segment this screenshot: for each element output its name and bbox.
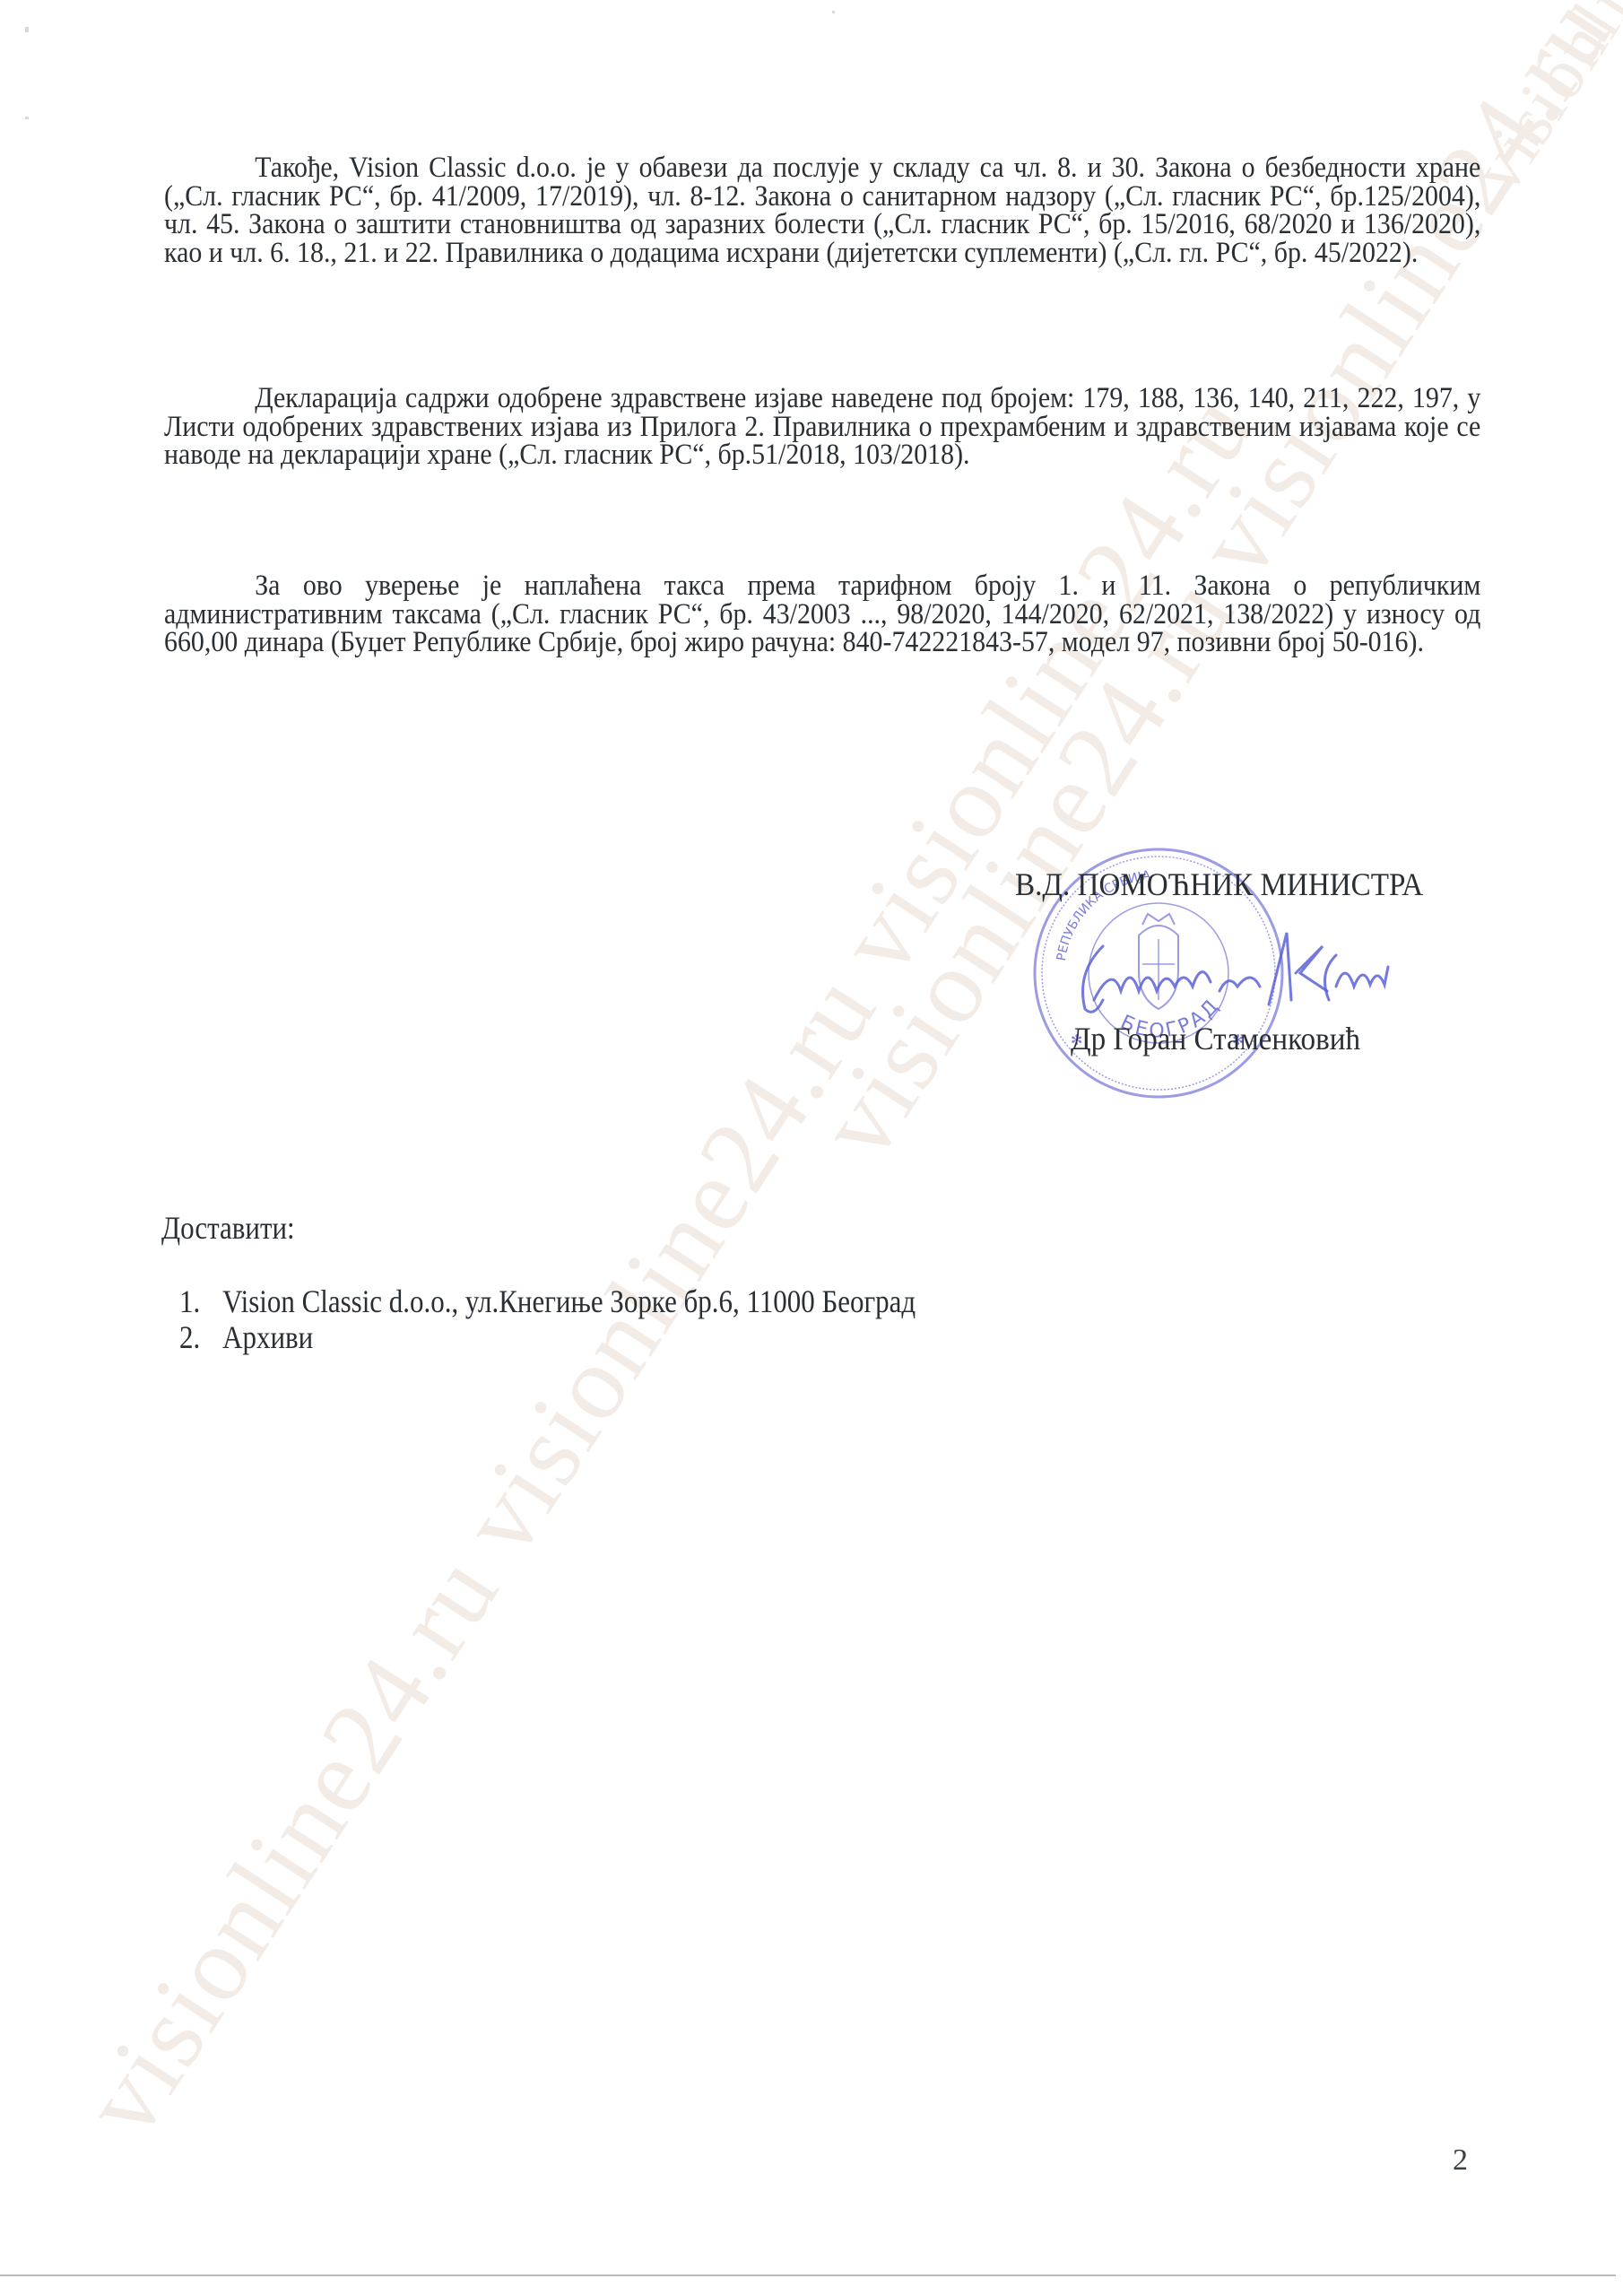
scan-artifact bbox=[832, 11, 835, 13]
delivery-label: Доставити: bbox=[161, 1209, 295, 1247]
delivery-list-item: 1.Vision Classic d.o.o., ул.Кнегиње Зорк… bbox=[179, 1283, 916, 1318]
paragraph-text: Декларација садржи одобрене здравствене … bbox=[164, 382, 1480, 471]
paragraph-obligations: Такође, Vision Classic d.o.o. је у обаве… bbox=[164, 154, 1480, 267]
page-number: 2 bbox=[1453, 2144, 1468, 2178]
handwritten-signature-icon bbox=[1067, 928, 1408, 1027]
scan-artifact bbox=[25, 27, 29, 32]
signatory-name: Др Горан Стаменковић bbox=[1071, 1020, 1360, 1057]
delivery-recipient: Vision Classic d.o.o., ул.Кнегиње Зорке … bbox=[222, 1283, 916, 1319]
scan-artifact bbox=[25, 117, 29, 119]
paragraph-text: Такође, Vision Classic d.o.o. је у обаве… bbox=[164, 152, 1480, 269]
page-bottom-divider bbox=[0, 2274, 1616, 2276]
delivery-list-item: 2.Архиви bbox=[179, 1318, 916, 1354]
delivery-list: 1.Vision Classic d.o.o., ул.Кнегиње Зорк… bbox=[179, 1283, 1036, 1354]
watermark-text: visionline24.ru visionline24.ru visionli… bbox=[1456, 0, 1623, 207]
list-number: 1. bbox=[179, 1283, 222, 1320]
delivery-recipient: Архиви bbox=[222, 1319, 313, 1355]
signatory-title: В.Д. ПОМОЋНИК МИНИСТРА bbox=[1015, 865, 1423, 903]
paragraph-text: За ово уверење је наплаћена такса према … bbox=[164, 570, 1480, 658]
paragraph-fee: За ово уверење је наплаћена такса према … bbox=[164, 572, 1480, 657]
list-number: 2. bbox=[179, 1318, 222, 1356]
paragraph-health-claims: Декларација садржи одобрене здравствене … bbox=[164, 385, 1480, 470]
signature-block: РЕПУБЛИКА СРБИЈА БЕОГРАД ✻ ✻ В.Д. ПОМОЋН… bbox=[1004, 865, 1471, 1108]
